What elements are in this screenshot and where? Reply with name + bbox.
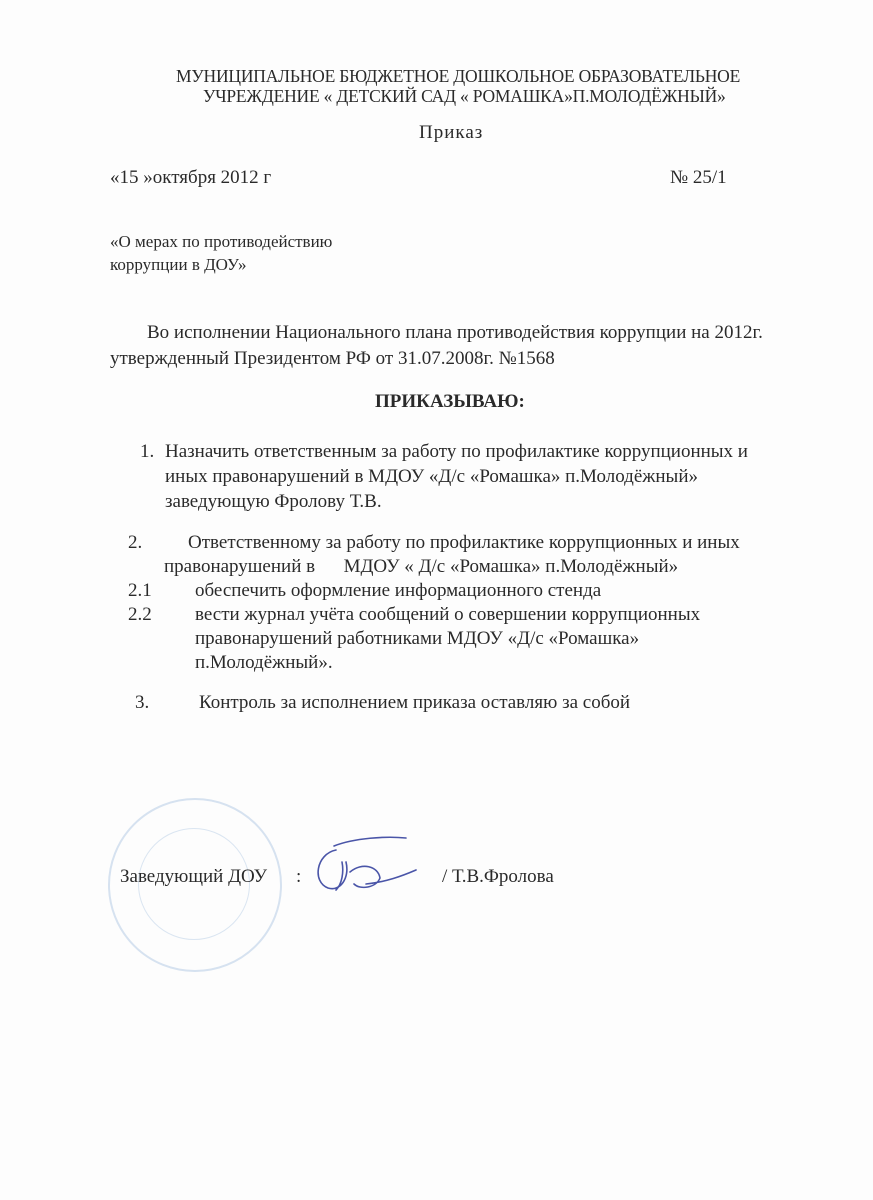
doc-type: Приказ xyxy=(419,122,483,144)
preamble-line1: Во исполнении Национального плана против… xyxy=(147,322,763,344)
item2-2-line2: правонарушений работниками МДОУ «Д/с «Ро… xyxy=(195,628,639,650)
item3-text: Контроль за исполнением приказа оставляю… xyxy=(199,692,630,714)
handwritten-signature-icon xyxy=(306,832,426,902)
org-name-line1: МУНИЦИПАЛЬНОЕ БЮДЖЕТНОЕ ДОШКОЛЬНОЕ ОБРАЗ… xyxy=(176,66,740,87)
item1-number: 1. xyxy=(140,441,154,463)
item1-line3: заведующую Фролову Т.В. xyxy=(165,491,382,513)
item2-2-line3: п.Молодёжный». xyxy=(195,652,333,674)
item2-2-number: 2.2 xyxy=(128,604,152,626)
item3-number: 3. xyxy=(135,692,149,714)
item2-1-text: обеспечить оформление информационного ст… xyxy=(195,580,601,602)
subject-line2: коррупции в ДОУ» xyxy=(110,255,246,275)
item2-number: 2. xyxy=(128,532,142,554)
item2-2-line1: вести журнал учёта сообщений о совершени… xyxy=(195,604,700,626)
preamble-line2: утвержденный Президентом РФ от 31.07.200… xyxy=(110,348,555,370)
signatory-name: / Т.В.Фролова xyxy=(442,866,554,888)
item2-1-number: 2.1 xyxy=(128,580,152,602)
item2-line2: правонарушений в МДОУ « Д/с «Ромашка» п.… xyxy=(164,556,678,578)
org-name-line2: УЧРЕЖДЕНИЕ « ДЕТСКИЙ САД « РОМАШКА»П.МОЛ… xyxy=(203,86,726,107)
item1-line2: иных правонарушений в МДОУ «Д/с «Ромашка… xyxy=(165,466,698,488)
order-number: № 25/1 xyxy=(670,167,727,189)
order-heading: ПРИКАЗЫВАЮ: xyxy=(375,391,525,413)
item2-line1: Ответственному за работу по профилактике… xyxy=(188,532,740,554)
signature-colon: : xyxy=(296,866,301,888)
subject-line1: «О мерах по противодействию xyxy=(110,232,332,252)
order-date: «15 »октября 2012 г xyxy=(110,167,271,189)
item1-line1: Назначить ответственным за работу по про… xyxy=(165,441,748,463)
signatory-position: Заведующий ДОУ xyxy=(120,866,267,888)
